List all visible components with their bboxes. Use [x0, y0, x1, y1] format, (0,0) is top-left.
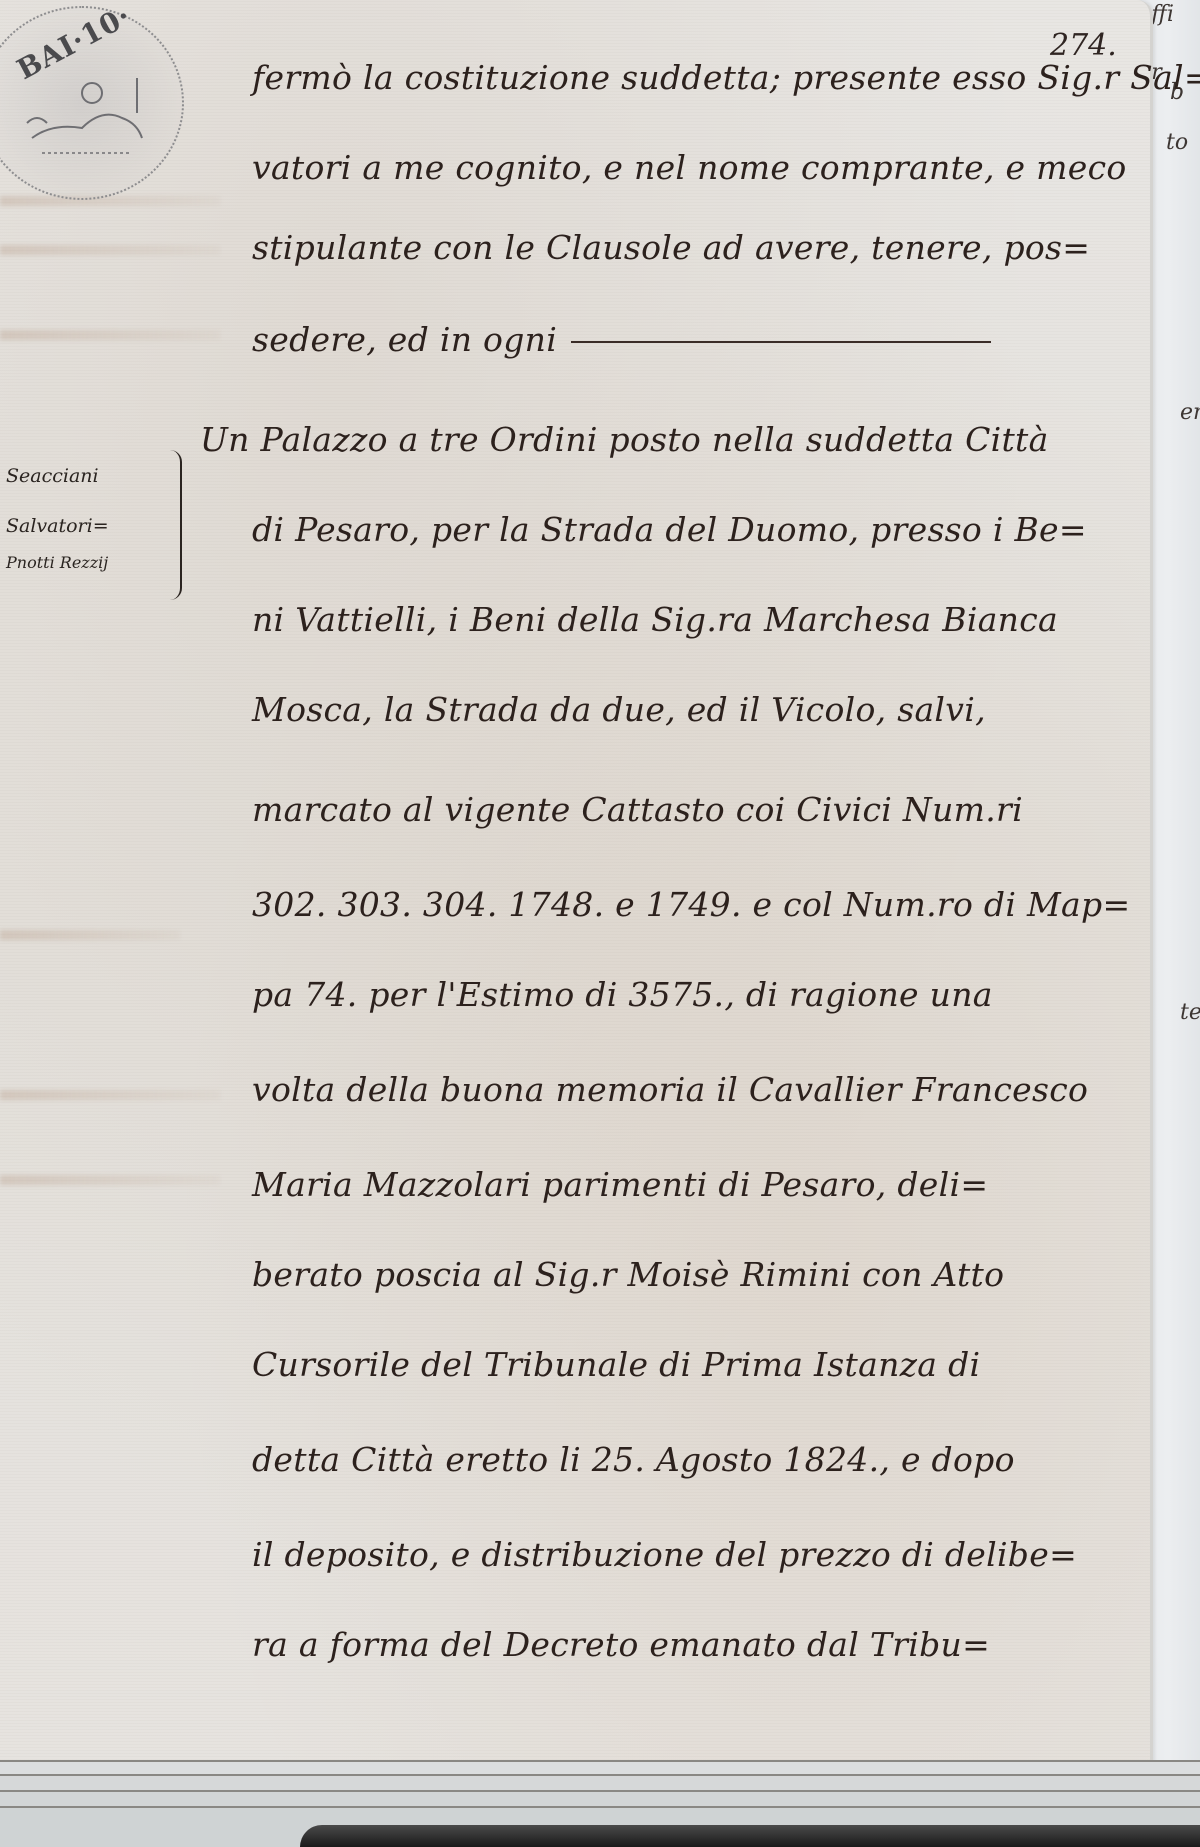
text-line-4: sedere, ed in ogni — [252, 320, 1122, 360]
ink-bleed-through — [0, 930, 180, 940]
text-line-7: ni Vattielli, i Beni della Sig.ra Marche… — [252, 600, 1122, 640]
text-line-16: detta Città eretto li 25. Agosto 1824., … — [252, 1440, 1122, 1480]
page-stack-edges — [0, 1760, 1200, 1847]
text-line-13: Maria Mazzolari parimenti di Pesaro, del… — [252, 1165, 1122, 1205]
revenue-stamp: BAI·10· — [0, 6, 184, 200]
text-line-10: 302. 303. 304. 1748. e 1749. e col Num.r… — [252, 885, 1122, 925]
back-sheet-fragment: to — [1166, 130, 1188, 155]
manuscript-page: BAI·10· 274. fermò la costituzione sudde… — [0, 0, 1153, 1775]
desk-shadow — [300, 1825, 1200, 1847]
text-line-18: ra a forma del Decreto emanato dal Tribu… — [252, 1625, 1122, 1665]
text-line-9: marcato al vigente Cattasto coi Civici N… — [252, 790, 1122, 830]
text-line-11: pa 74. per l'Estimo di 3575., di ragione… — [252, 975, 1122, 1015]
reclining-figure-icon — [22, 68, 152, 168]
ink-bleed-through — [0, 245, 220, 255]
text-line-15: Cursorile del Tribunale di Prima Istanza… — [252, 1345, 1122, 1385]
text-line-1: fermò la costituzione suddetta; presente… — [252, 58, 1122, 98]
ink-bleed-through — [0, 330, 220, 340]
margin-note-line-1: Seacciani — [6, 465, 99, 487]
text-line-8: Mosca, la Strada da due, ed il Vicolo, s… — [252, 690, 1122, 730]
text-line-17: il deposito, e distribuzione del prezzo … — [252, 1535, 1122, 1575]
ink-bleed-through — [0, 196, 220, 206]
text-line-5: Un Palazzo a tre Ordini posto nella sudd… — [200, 420, 1070, 460]
filler-rule — [571, 341, 991, 343]
text-line-3: stipulante con le Clausole ad avere, ten… — [252, 228, 1122, 268]
text-line-12: volta della buona memoria il Cavallier F… — [252, 1070, 1122, 1110]
margin-note-line-2: Salvatori= — [6, 515, 109, 537]
margin-brace — [170, 450, 182, 600]
back-sheet-fragment: en — [1180, 400, 1200, 425]
text-line-14: berato poscia al Sig.r Moisè Rimini con … — [252, 1255, 1122, 1295]
text-line-6: di Pesaro, per la Strada del Duomo, pres… — [252, 510, 1122, 550]
ink-bleed-through — [0, 1175, 220, 1185]
text-line-4-content: sedere, ed in ogni — [252, 320, 557, 359]
ink-bleed-through — [0, 1090, 220, 1100]
text-line-2: vatori a me cognito, e nel nome comprant… — [252, 148, 1122, 188]
back-sheet-fragment: te — [1180, 1000, 1200, 1025]
margin-note-line-3: Pnotti Rezzij — [6, 553, 108, 572]
